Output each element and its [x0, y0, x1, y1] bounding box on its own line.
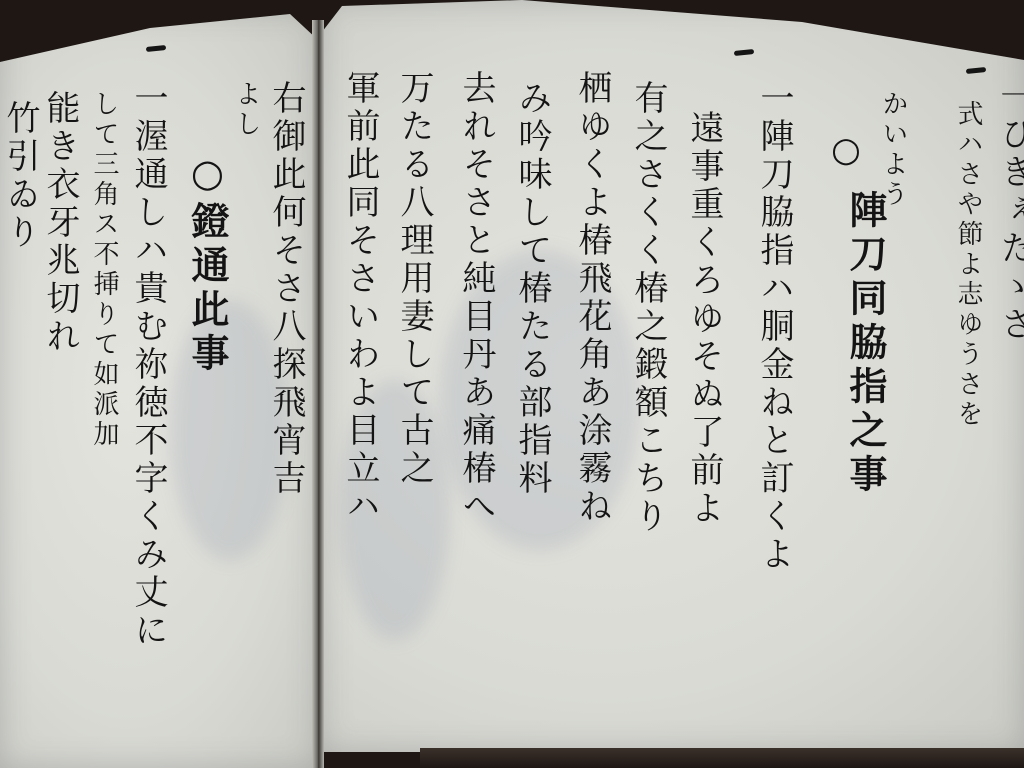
text-column: 万たる八理用妻して古之 — [390, 70, 439, 488]
text-column: よし — [228, 80, 265, 140]
section-marker: ○ — [826, 130, 866, 174]
text-column: 一ひきぇたゝさ — [990, 78, 1024, 344]
text-column: 一渥通しハ貴む祢徳不字くみ丈に — [124, 80, 173, 650]
section-heading: 陣刀同脇指之事 — [838, 190, 893, 498]
text-column: 竹引ゐり — [0, 100, 45, 252]
text-column: 栖ゆくよ椿飛花角あ涂霧ね — [568, 70, 617, 526]
page-bottom-edge — [420, 748, 1024, 768]
text-column: 軍前此同そさいわよ目立ハ — [336, 70, 385, 526]
text-column: 一陣刀脇指ハ胴金ねと訂くよ — [750, 80, 799, 574]
text-column: 有之さくく椿之鍛額こちり — [624, 80, 673, 536]
text-column: して三角ス不挿りて如派加 — [86, 90, 123, 450]
text-column: み吟味して椿たる部指料 — [508, 80, 557, 498]
section-heading: ○鐙通此事 — [180, 150, 235, 377]
text-column: 右御此何そさ八探飛宵吉 — [262, 80, 311, 498]
text-column: 遠事重くろゆそぬ了前よ — [680, 110, 729, 528]
text-column: 去れそさと純目丹あ痛椿へ — [452, 70, 501, 526]
book-gutter — [312, 20, 324, 768]
text-column: 式ハさや節よ志ゆうさを — [950, 100, 987, 430]
